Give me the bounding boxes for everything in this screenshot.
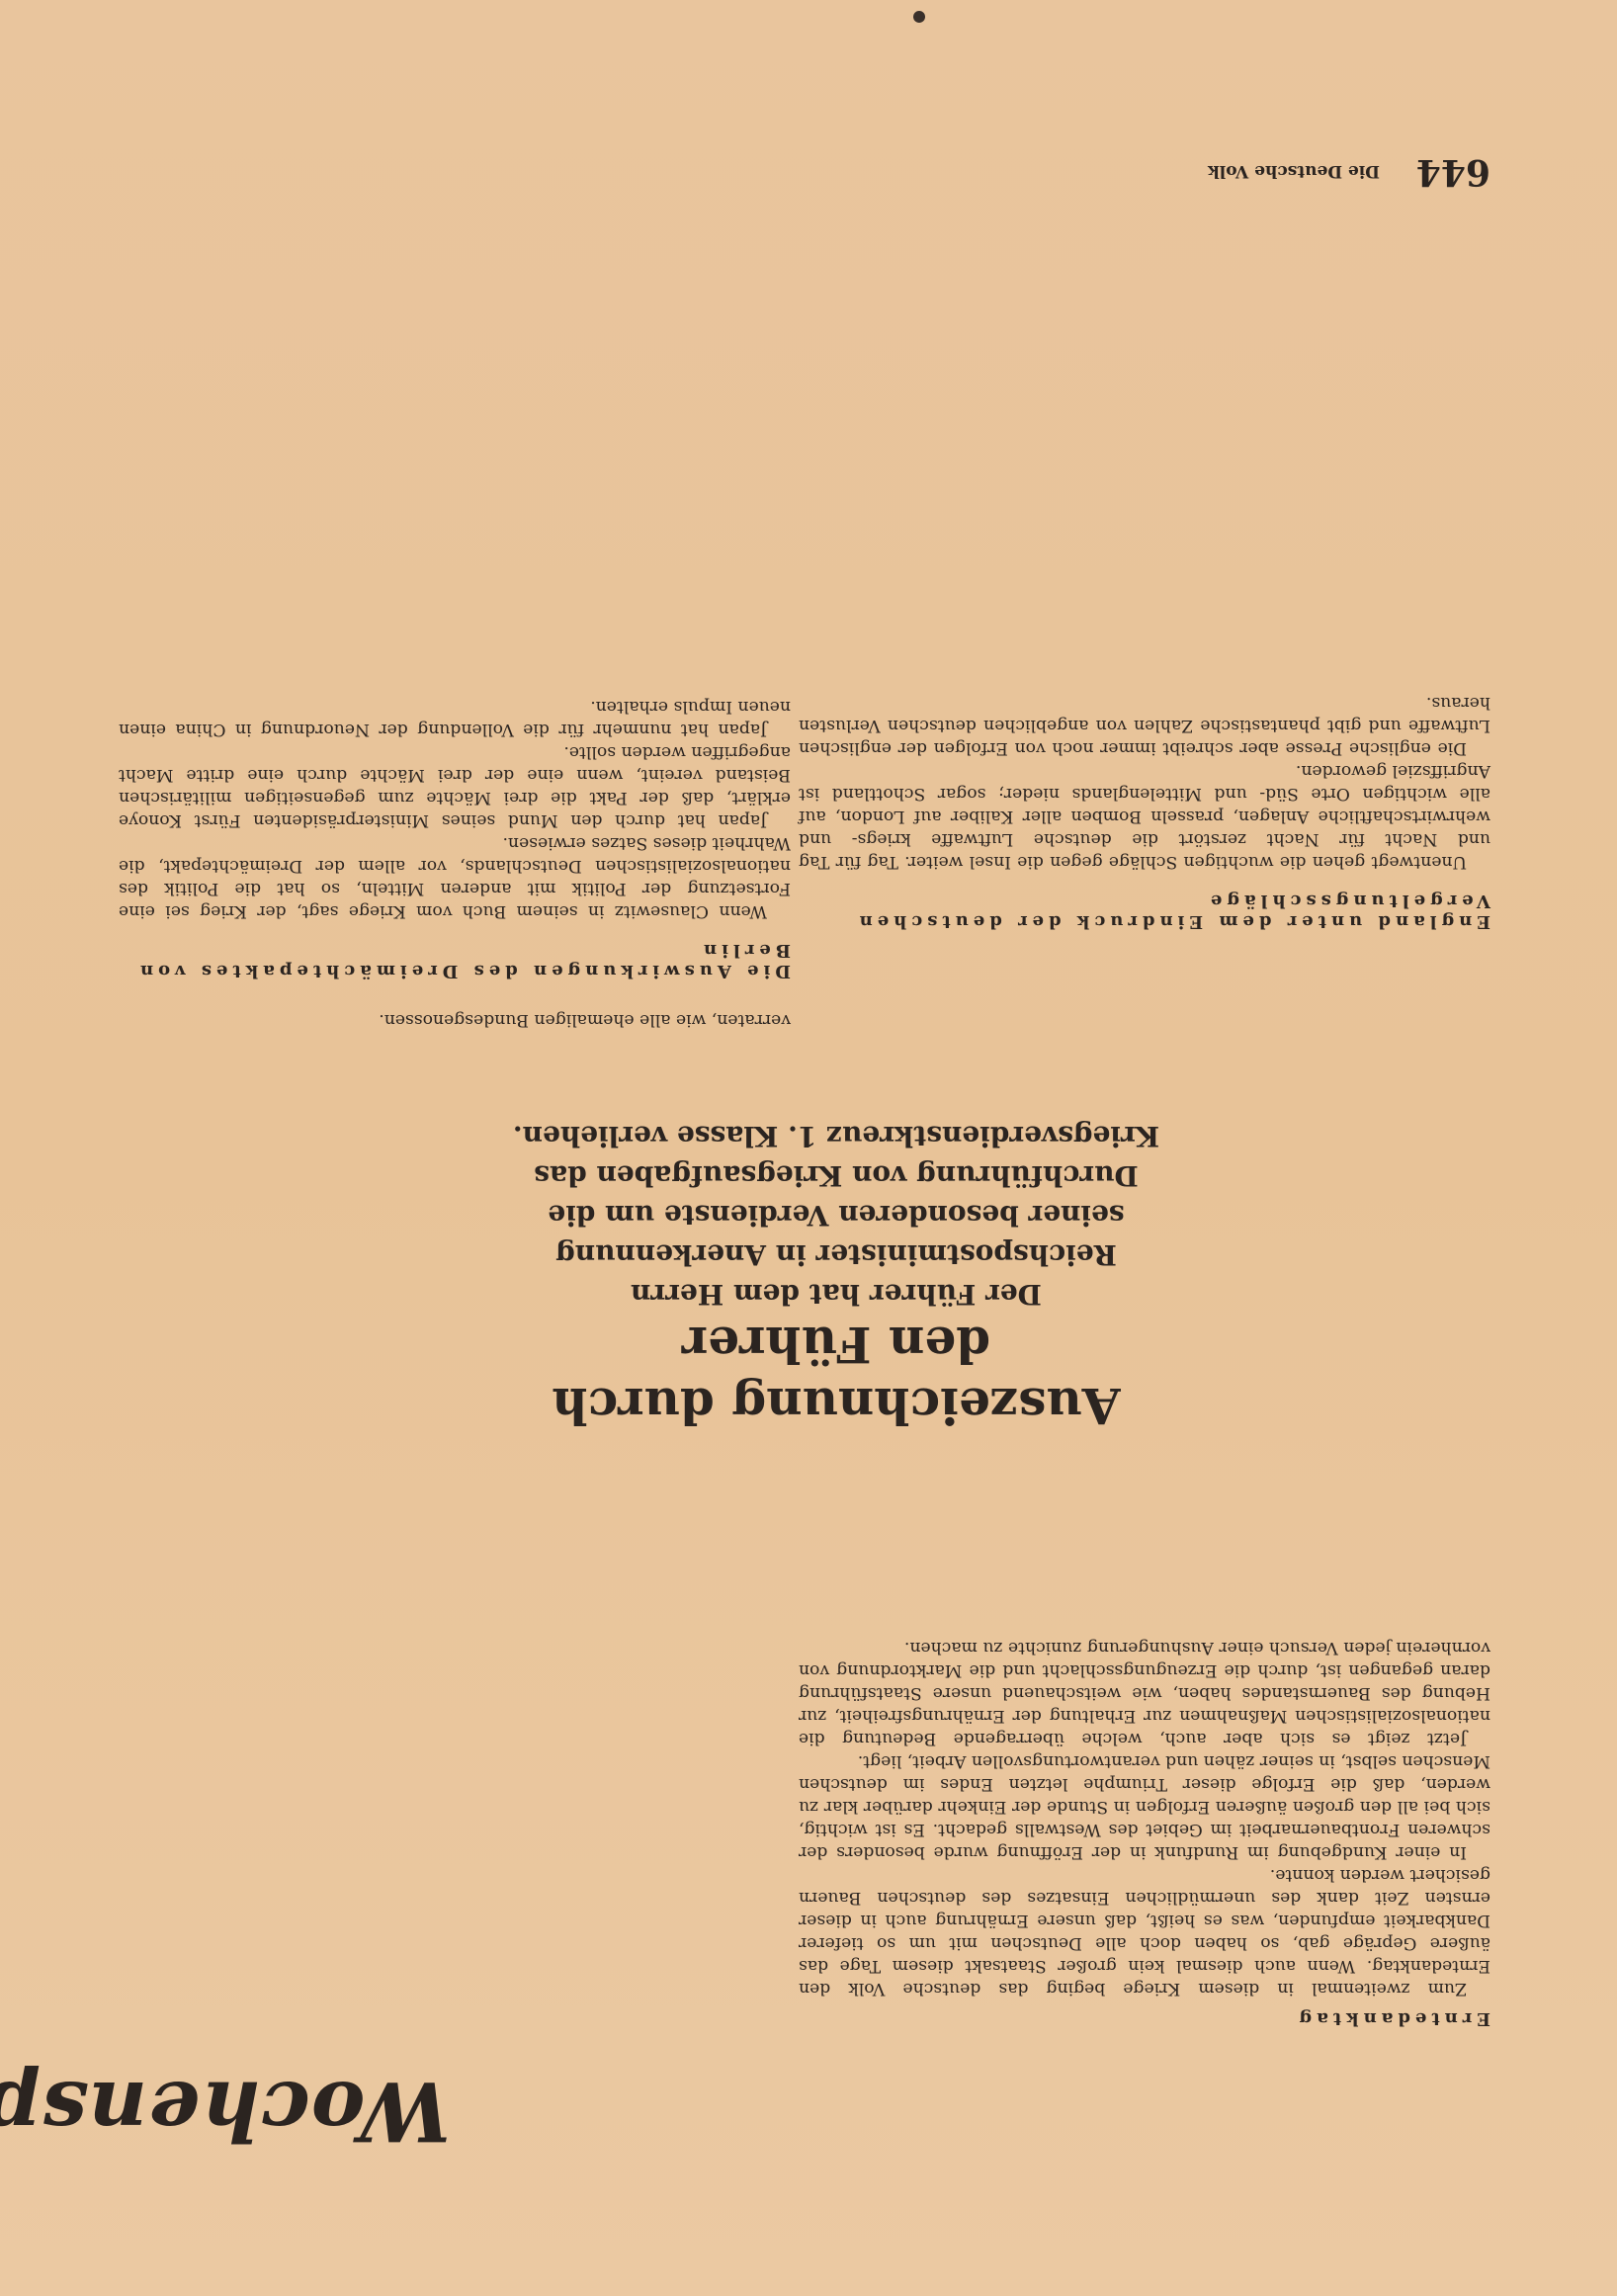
section-heading-erntedanktag: Erntedanktag (1295, 2008, 1490, 2029)
ink-spot (913, 11, 925, 23)
masthead: Wochenspiegel (0, 2063, 451, 2158)
paragraph: Zum zweitenmal in diesem Kriege beging d… (799, 1863, 1490, 1999)
section-heading-england: England unter dem Eindruck der deutschen… (799, 891, 1490, 932)
paragraph: Unentwegt gehen die wuchtigen Schläge ge… (799, 759, 1490, 873)
closing-line: verraten, wie alle ehemaligen Bundesgeno… (119, 1008, 791, 1031)
section-heading-dreimaechtepakt: Die Auswirkungen des Dreimächtepaktes vo… (119, 940, 791, 981)
publication-name: Die Deutsche Volk (1208, 161, 1380, 181)
paragraph: Wenn Clausewitz in seinem Buch vom Krieg… (119, 831, 791, 922)
paragraph: In einer Kundgebung im Rundfunk in der E… (799, 1749, 1490, 1863)
paragraph: Jetzt zeigt es sich aber auch, welche üb… (799, 1636, 1490, 1749)
newspaper-page: 644 Die Deutsche Volk Wochenspiegel Ernt… (0, 0, 1617, 2296)
feature-box: Auszeichnung durch den Führer Der Führer… (510, 1116, 1162, 1436)
column-erntedanktag: Zum zweitenmal in diesem Kriege beging d… (799, 1636, 1490, 1999)
paragraph: Die englische Presse aber schreibt immer… (799, 691, 1490, 759)
column-dreimaechtepakt: Wenn Clausewitz in seinem Buch vom Krieg… (119, 695, 791, 922)
paragraph: Japan hat durch den Mund seines Minister… (119, 740, 791, 831)
feature-subhead: Der Führer hat dem Herrn Reichspostminis… (510, 1116, 1162, 1314)
column-england: Unentwegt gehen die wuchtigen Schläge ge… (799, 691, 1490, 873)
page-number: 644 (1416, 151, 1490, 193)
paragraph: Japan hat nunmehr für die Vollendung der… (119, 695, 791, 740)
feature-headline: Auszeichnung durch den Führer (510, 1314, 1162, 1436)
